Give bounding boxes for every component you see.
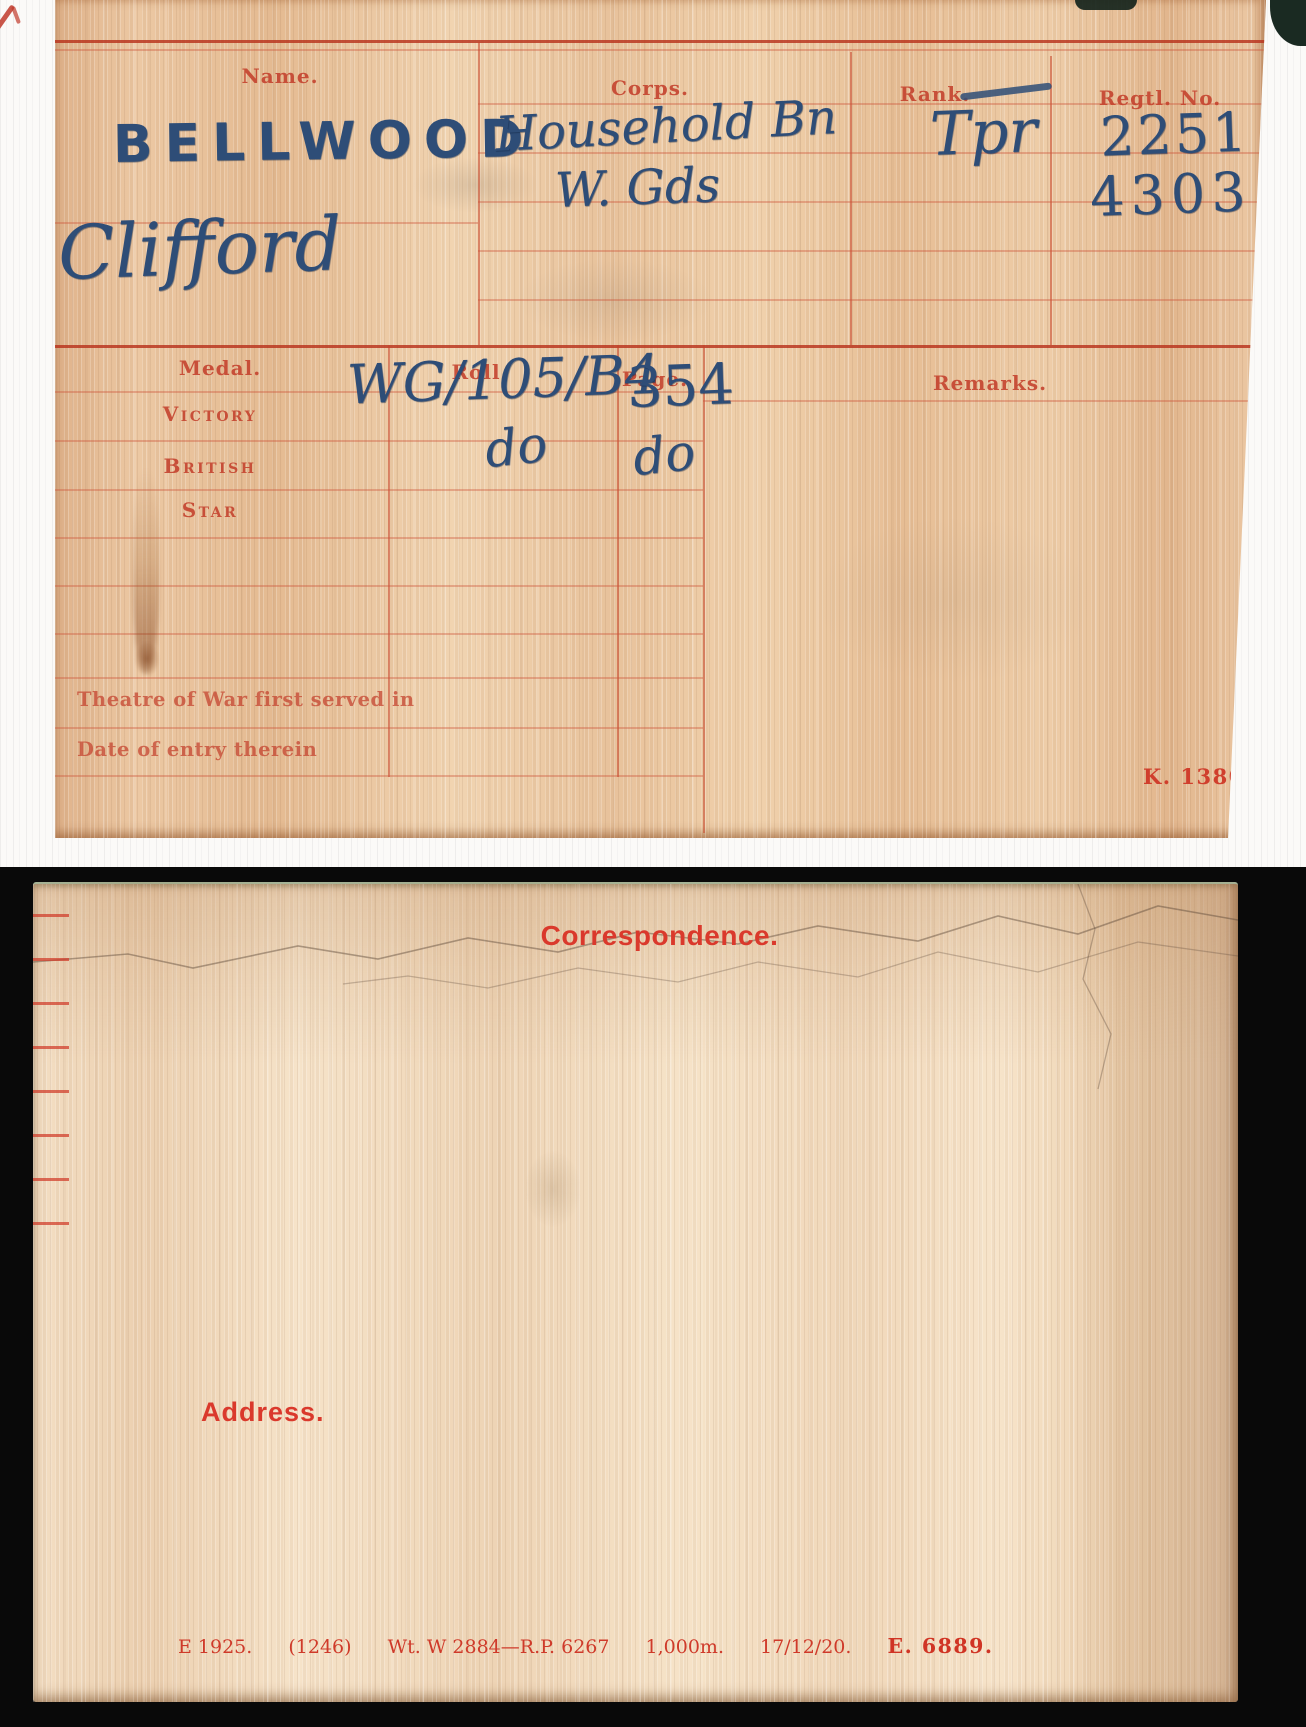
- handwritten-roll-victory: WG/105/B4: [346, 343, 660, 417]
- rule-line-h: [55, 40, 1266, 43]
- medal-index-card-front: Name. Corps. Rank. Regtl. No. BELLWOOD C…: [55, 0, 1266, 842]
- medal-row-british: British: [130, 454, 290, 478]
- rule-line-v: [617, 345, 619, 777]
- dark-edge-artifact: [1075, 0, 1137, 10]
- handwritten-rank: Tpr: [929, 96, 1038, 170]
- imprint-form-code: E 1925.: [178, 1636, 252, 1658]
- ruled-edge-tick: [33, 1046, 69, 1049]
- rule-line-h: [55, 727, 703, 729]
- medal-index-card-back: Correspondence. Address. E 1925. (1246) …: [33, 882, 1238, 1702]
- imprint-quantity: 1,000m.: [646, 1636, 724, 1658]
- ruled-edge-tick: [33, 1178, 69, 1181]
- remarks-column-label: Remarks.: [910, 371, 1070, 395]
- imprint-batch: (1246): [288, 1636, 351, 1658]
- scanned-medal-index-card-page: Name. Corps. Rank. Regtl. No. BELLWOOD C…: [0, 0, 1306, 1727]
- handwritten-page-ditto: do: [630, 423, 698, 487]
- imprint-date: 17/12/20.: [760, 1636, 851, 1658]
- imprint-warrant: Wt. W 2884—R.P. 6267: [388, 1636, 610, 1658]
- rule-line-h: [55, 345, 1266, 348]
- handwritten-forename: Clifford: [57, 201, 344, 297]
- handwritten-roll-ditto: do: [482, 415, 550, 479]
- surface-cracks: [33, 884, 1238, 1104]
- ruled-edge-tick: [33, 1090, 69, 1093]
- handwritten-regtl-no-1: 2251: [1099, 100, 1251, 168]
- correspondence-title: Correspondence.: [33, 920, 1238, 952]
- handwritten-surname: BELLWOOD: [113, 109, 536, 175]
- rule-line-h: [478, 299, 1266, 301]
- card-texture: [33, 884, 1238, 1702]
- ruled-edge-tick: [33, 1002, 69, 1005]
- rule-line-h: [55, 775, 703, 777]
- ruled-edge-tick: [33, 1134, 69, 1137]
- handwritten-regtl-no-2: 4303: [1089, 160, 1253, 229]
- rule-line-h: [55, 49, 1266, 51]
- date-of-entry-label: Date of entry therein: [77, 738, 317, 761]
- ruled-edge-tick: [33, 1222, 69, 1225]
- rule-line-h: [55, 677, 703, 679]
- printers-imprint: E 1925. (1246) Wt. W 2884—R.P. 6267 1,00…: [178, 1634, 1024, 1658]
- scan-background-top: Name. Corps. Rank. Regtl. No. BELLWOOD C…: [0, 0, 1306, 867]
- medal-column-label: Medal.: [140, 356, 300, 380]
- handwritten-corps-line2: W. Gds: [554, 157, 721, 219]
- rule-line-h: [478, 250, 1266, 252]
- imprint-stamp: E. 6889.: [887, 1634, 993, 1658]
- scan-background-bottom: Correspondence. Address. E 1925. (1246) …: [0, 867, 1306, 1727]
- rule-line-h: [55, 440, 703, 442]
- address-label: Address.: [201, 1397, 325, 1428]
- ruled-edge-tick: [33, 914, 69, 917]
- rule-line-h: [703, 400, 1266, 402]
- card-smudges: [33, 884, 1238, 1702]
- ruled-edge-tick: [33, 958, 69, 961]
- name-column-label: Name.: [215, 64, 345, 88]
- medal-row-victory: Victory: [130, 402, 290, 426]
- rule-line-v: [850, 52, 852, 345]
- form-number-stamp: K. 1380: [1143, 764, 1245, 789]
- handwritten-page-victory: 354: [626, 352, 735, 421]
- theatre-of-war-label: Theatre of War first served in: [77, 688, 415, 711]
- ink-stain-tip: [135, 642, 159, 676]
